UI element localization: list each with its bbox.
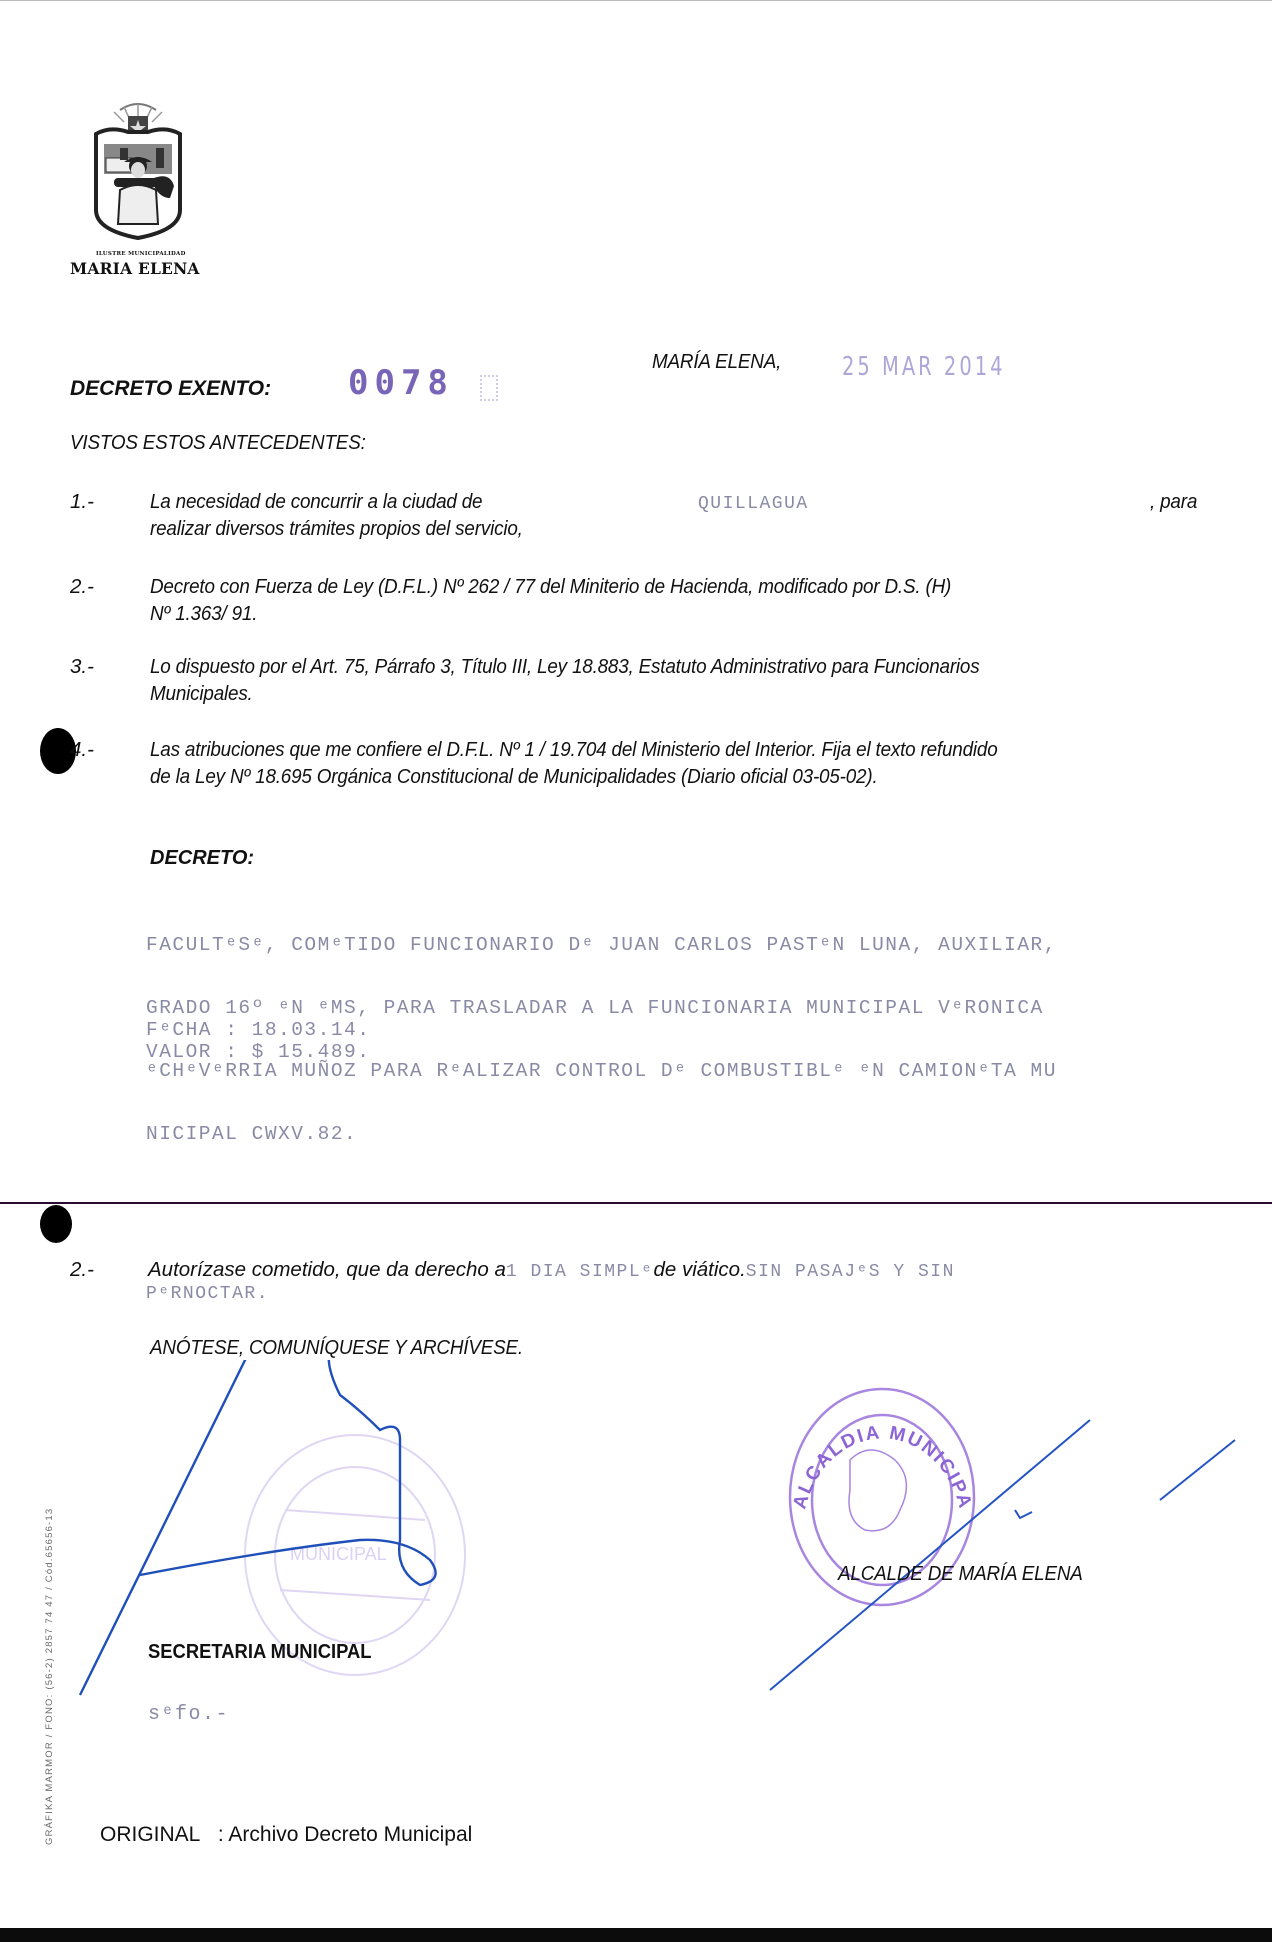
horizontal-rule xyxy=(0,1202,1272,1204)
decree-line: GRADO 16º ᵉN ᵉMS, PARA TRASLADAR A LA FU… xyxy=(146,998,1057,1019)
typed-days: 1 DIA SIMPLᵉ xyxy=(506,1262,654,1282)
distribution-value: : Archivo Decreto Municipal xyxy=(218,1823,472,1846)
punch-hole xyxy=(40,1205,72,1243)
decree-amount-label: VALOR xyxy=(146,1041,212,1063)
stamp-mark xyxy=(480,375,498,401)
authorization-line: Autorízase cometido, que da derecho a1 D… xyxy=(148,1256,955,1283)
typed-conditions: SIN PASAJᵉS Y SIN xyxy=(746,1262,955,1282)
decree-heading: DECRETO: xyxy=(150,847,254,870)
item-1-text-line2: realizar diversos trámites propios del s… xyxy=(150,517,523,541)
considerations-heading: VISTOS ESTOS ANTECEDENTES: xyxy=(70,431,366,455)
item-2-text: Decreto con Fuerza de Ley (D.F.L.) Nº 26… xyxy=(150,575,951,599)
item-number: 1.- xyxy=(70,490,94,514)
initials: sᵉfo.- xyxy=(148,1703,229,1726)
item-4-text: Las atribuciones que me confiere el D.F.… xyxy=(150,738,998,762)
closing-formula: ANÓTESE, COMUNÍQUESE Y ARCHÍVESE. xyxy=(150,1336,523,1360)
typed-conditions-line2: PᵉRNOCTAR. xyxy=(146,1284,269,1304)
decree-date-row: FᵉCHA : 18.03.14. xyxy=(146,1019,370,1041)
item-3-text: Lo dispuesto por el Art. 75, Párrafo 3, … xyxy=(150,655,979,679)
printer-note: GRÁFIKA MARMOR / FONO: (56-2) 2857 74 47… xyxy=(44,1508,55,1845)
item-3-text-line2: Municipales. xyxy=(150,682,253,706)
item-number: 3.- xyxy=(70,655,94,679)
decree-amount-row: VALOR : $ 15.489. xyxy=(146,1041,370,1063)
date-stamp: 25 MAR 2014 xyxy=(842,352,1006,382)
item-2-text-line2: Nº 1.363/ 91. xyxy=(150,602,257,626)
svg-text:ALCALDIA MUNICIPAL: ALCALDIA MUNICIPAL xyxy=(0,1360,976,1512)
secretary-label: SECRETARIA MUNICIPAL xyxy=(148,1641,372,1664)
decree-date-label: FᵉCHA xyxy=(146,1019,212,1041)
logo-title: MARIA ELENA xyxy=(70,259,200,278)
page-top-edge xyxy=(0,0,1272,1)
item-1-text: La necesidad de concurrir a la ciudad de xyxy=(150,490,482,514)
item-number: 2.- xyxy=(70,575,94,599)
mayor-signature xyxy=(770,1420,1235,1690)
item-4-text-line2: de la Ley Nº 18.695 Orgánica Constitucio… xyxy=(150,765,878,789)
item-number: 4.- xyxy=(70,738,94,762)
distribution-label: ORIGINAL xyxy=(100,1823,200,1846)
decree-line: ᵉCHᵉVᵉRRIA MUÑOZ PARA RᵉALIZAR CONTROL D… xyxy=(146,1061,1057,1082)
item-1-text-after: , para xyxy=(1150,490,1197,514)
authorization-text-middle: de viático. xyxy=(653,1258,745,1281)
authorization-number: 2.- xyxy=(70,1258,94,1282)
logo-subtitle: ILUSTRE MUNICIPALIDAD xyxy=(96,251,186,257)
decree-line: NICIPAL CWXV.82. xyxy=(146,1124,1057,1145)
typed-city: QUILLAGUA xyxy=(698,494,809,514)
place-label: MARÍA ELENA, xyxy=(652,350,781,374)
page-bottom-edge xyxy=(0,1928,1272,1942)
authorization-text: Autorízase cometido, que da derecho a xyxy=(148,1258,506,1281)
decree-date-value: 18.03.14. xyxy=(252,1019,371,1041)
mayor-label: ALCALDE DE MARÍA ELENA xyxy=(838,1562,1083,1586)
decree-amount-value: $ 15.489. xyxy=(252,1041,371,1063)
decree-label: DECRETO EXENTO: xyxy=(70,377,271,401)
decree-number-stamp: 0078 xyxy=(348,363,454,403)
coat-of-arms-icon xyxy=(90,100,186,240)
decree-line: FACULTᵉSᵉ, COMᵉTIDO FUNCIONARIO Dᵉ JUAN … xyxy=(146,935,1057,956)
distribution-line: ORIGINAL : Archivo Decreto Municipal xyxy=(100,1823,472,1847)
